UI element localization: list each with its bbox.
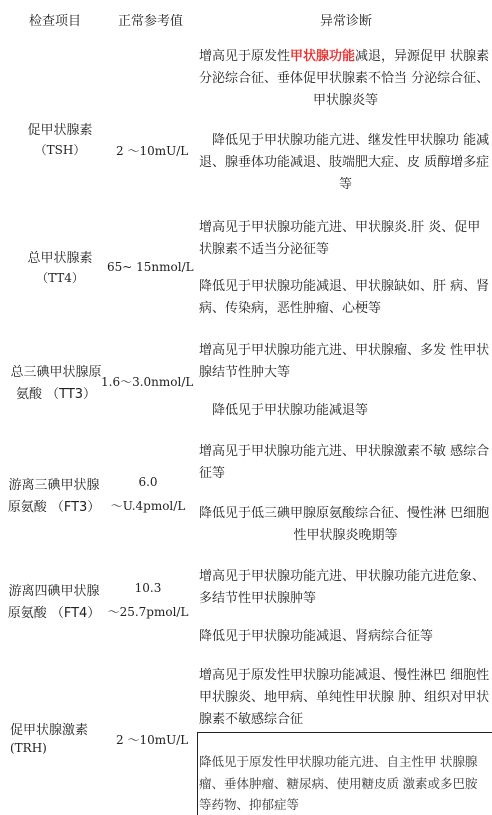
item-name: 游离四碘甲状腺 原氨酸 （FT4）: [6, 580, 102, 624]
increase-diagnosis: 增高见于原发性甲状腺功能减退，异源促甲 状腺素 分泌综合征、垂体促甲状腺素不恰当…: [199, 46, 492, 112]
item-name: 促甲状腺激素 (TRH): [10, 719, 88, 763]
increase-diagnosis: 增高见于甲状腺功能亢进、甲状腺功能亢进危象、 多结节性甲状腺肿等: [199, 566, 492, 610]
decrease-diagnosis: 降低见于原发性甲状腺功能亢进、自主性甲 状腺腺 瘤、垂体肿瘤、糖尿病、使用糖皮质…: [199, 752, 492, 815]
normal-range: 2 ～10mU/L: [116, 731, 188, 748]
normal-range: 10.3 ～25.7pmol/L: [104, 581, 192, 625]
header-abnormal-diagnosis: 异常诊断: [320, 10, 372, 29]
normal-range: 6.0 ～U.4pmol/L: [104, 475, 192, 519]
highlight-keyword: 甲状腺功能: [290, 49, 355, 64]
item-name: 游离三碘甲状腺 原氨酸 （FT3）: [6, 474, 102, 518]
increase-diagnosis: 增高见于甲状腺功能亢进、甲状腺炎.肝 炎、促甲 状腺素不适当分泌征等: [199, 217, 492, 261]
increase-diagnosis: 增高见于原发性甲状腺功能减退、慢性淋巴 细胞性 甲状腺炎、地甲病、单纯性甲状腺 …: [199, 665, 492, 731]
decrease-diagnosis: 降低见于甲状腺功能减退等: [199, 400, 492, 422]
decrease-diagnosis: 降低见于低三碘甲腺原氨酸综合征、慢性淋 巴细胞 性甲状腺炎晚期等: [199, 503, 492, 547]
decrease-diagnosis: 降低见于甲状腺功能减退、肾病综合征等: [199, 626, 492, 648]
normal-range: 2 ～10mU/L: [116, 142, 188, 159]
item-name: 总甲状腺素 （TT4）: [20, 247, 100, 291]
increase-diagnosis: 增高见于甲状腺功能亢进、甲状腺瘤、多发 性甲状 腺结节性肿大等: [199, 340, 492, 384]
item-name: 促甲状腺素 （TSH）: [20, 119, 100, 163]
normal-range: 1.6～3.0nmol/L: [101, 373, 193, 390]
item-name: 总三碘甲状腺原 氨酸 （TT3）: [8, 361, 104, 405]
decrease-diagnosis: 降低见于甲状腺功能减退、甲状腺缺如、肝 病、肾 病、传染病，恶性肿瘤、心梗等: [199, 276, 492, 320]
normal-range: 65~ 15nmol/L: [107, 260, 194, 274]
increase-diagnosis: 增高见于甲状腺功能亢进、甲状腺激素不敏 感综合 征等: [199, 441, 492, 485]
header-item: 检查项目: [29, 10, 81, 29]
decrease-diagnosis: 降低见于甲状腺功能亢进、继发性甲状腺功 能减 退、腺垂体功能减退、肢端肥大症、皮…: [199, 130, 492, 196]
header-normal-range: 正常参考值: [118, 10, 183, 29]
